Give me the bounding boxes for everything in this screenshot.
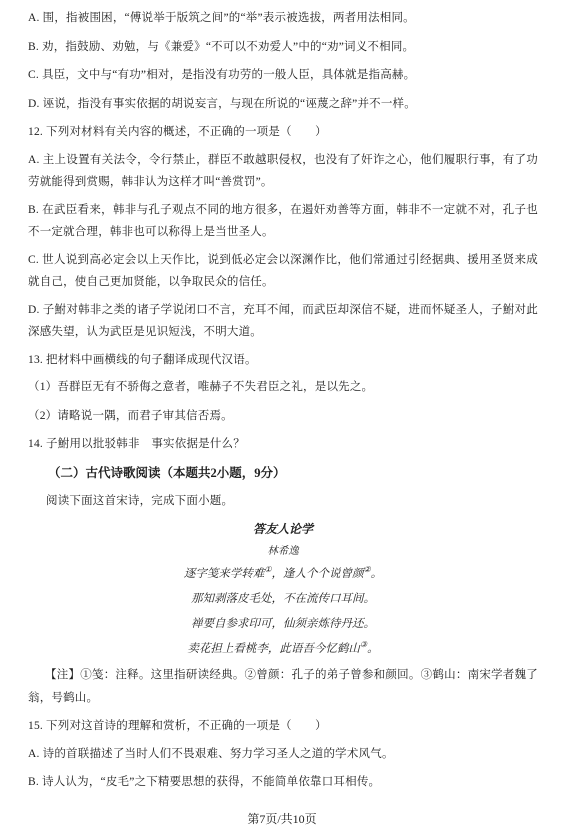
question-13-stem: 13. 把材料中画横线的句子翻译成现代汉语。 — [28, 349, 538, 372]
option-11-c: C. 具臣，文中与“有功”相对，是指没有功劳的一般人臣，具体就是指高赫。 — [28, 64, 538, 87]
question-12-option-d: D. 子鮒对韩非之类的诸子学说闭口不言，充耳不闻，而武臣却深信不疑，进而怀疑圣人… — [28, 299, 538, 344]
poem-line: 逐字笺来学转难①，逢人个个说曾颜②。 — [28, 562, 538, 587]
section-2-intro: 阅读下面这首宋诗，完成下面小题。 — [28, 490, 538, 513]
poem-note-ref: ③ — [360, 640, 367, 649]
page-footer: 第7页/共10页 — [0, 810, 564, 827]
poem-line-text: 逐字笺来学转难 — [184, 568, 265, 580]
question-12-option-b: B. 在武臣看来，韩非与孔子观点不同的地方很多，在遏奸劝善等方面，韩非不一定就不… — [28, 199, 538, 244]
poem-line-text: ，逢人个个说曾颜 — [272, 568, 364, 580]
question-15-option-a: A. 诗的首联描述了当时人们不畏艰难、努力学习圣人之道的学术风气。 — [28, 743, 538, 766]
poem-line-text: 禅要自参求印可，仙须亲炼待丹还。 — [191, 618, 375, 630]
poem-line-text: 。 — [367, 643, 379, 655]
question-12-option-a: A. 主上设置有关法令，令行禁止，群臣不敢越职侵权，也没有了奸诈之心，他们履职行… — [28, 149, 538, 194]
poem-block: 答友人论学 林希逸 逐字笺来学转难①，逢人个个说曾颜②。 那知剥落皮毛处，不在流… — [28, 518, 538, 662]
poem-line-text: 。 — [371, 568, 383, 580]
poem-line-text: 那知剥落皮毛处，不在流传口耳间。 — [191, 593, 375, 605]
option-11-d: D. 诬说，指没有事实依据的胡说妄言，与现在所说的“诬蔑之辞”并不一样。 — [28, 93, 538, 116]
poem-line: 那知剥落皮毛处，不在流传口耳间。 — [28, 587, 538, 612]
poem-author: 林希逸 — [28, 543, 538, 560]
poem-line-text: 卖花担上看桃李，此语吾今忆鹤山 — [187, 643, 360, 655]
exam-page: A. 围，指被围困，“傅说举于版筑之间”的“举”表示被选拔，两者用法相同。 B.… — [0, 0, 564, 794]
section-2-heading: （二）古代诗歌阅读（本题共2小题，9分） — [28, 462, 538, 485]
question-12-stem: 12. 下列对材料有关内容的概述，不正确的一项是（ ） — [28, 121, 538, 144]
question-15-stem: 15. 下列对这首诗的理解和赏析，不正确的一项是（ ） — [28, 715, 538, 738]
poem-note-ref: ② — [364, 565, 371, 574]
question-15-option-b: B. 诗人认为，“皮毛”之下精要思想的获得，不能简单依靠口耳相传。 — [28, 771, 538, 794]
option-11-a: A. 围，指被围困，“傅说举于版筑之间”的“举”表示被选拔，两者用法相同。 — [28, 7, 538, 30]
poem-line: 卖花担上看桃李，此语吾今忆鹤山③。 — [28, 637, 538, 662]
question-13-part-2: （2）请略说一隅，而君子审其信否焉。 — [28, 405, 538, 428]
poem-line: 禅要自参求印可，仙须亲炼待丹还。 — [28, 612, 538, 637]
question-14-stem: 14. 子鮒用以批驳韩非 事实依据是什么？ — [28, 433, 538, 456]
question-12-option-c: C. 世人说到高必定会以上天作比，说到低必定会以深渊作比，他们常通过引经据典、援… — [28, 249, 538, 294]
poem-note-ref: ① — [264, 565, 271, 574]
poem-notes: 【注】①笺：注释。这里指研读经典。②曾颜：孔子的弟子曾参和颜回。③鹤山：南宋学者… — [28, 664, 538, 709]
option-11-b: B. 劝，指鼓励、劝勉，与《兼爱》“不可以不劝爱人”中的“劝”词义不相同。 — [28, 36, 538, 59]
poem-title: 答友人论学 — [28, 518, 538, 540]
question-13-part-1: （1）吾群臣无有不骄侮之意者，唯赫子不失君臣之礼，是以先之。 — [28, 376, 538, 399]
